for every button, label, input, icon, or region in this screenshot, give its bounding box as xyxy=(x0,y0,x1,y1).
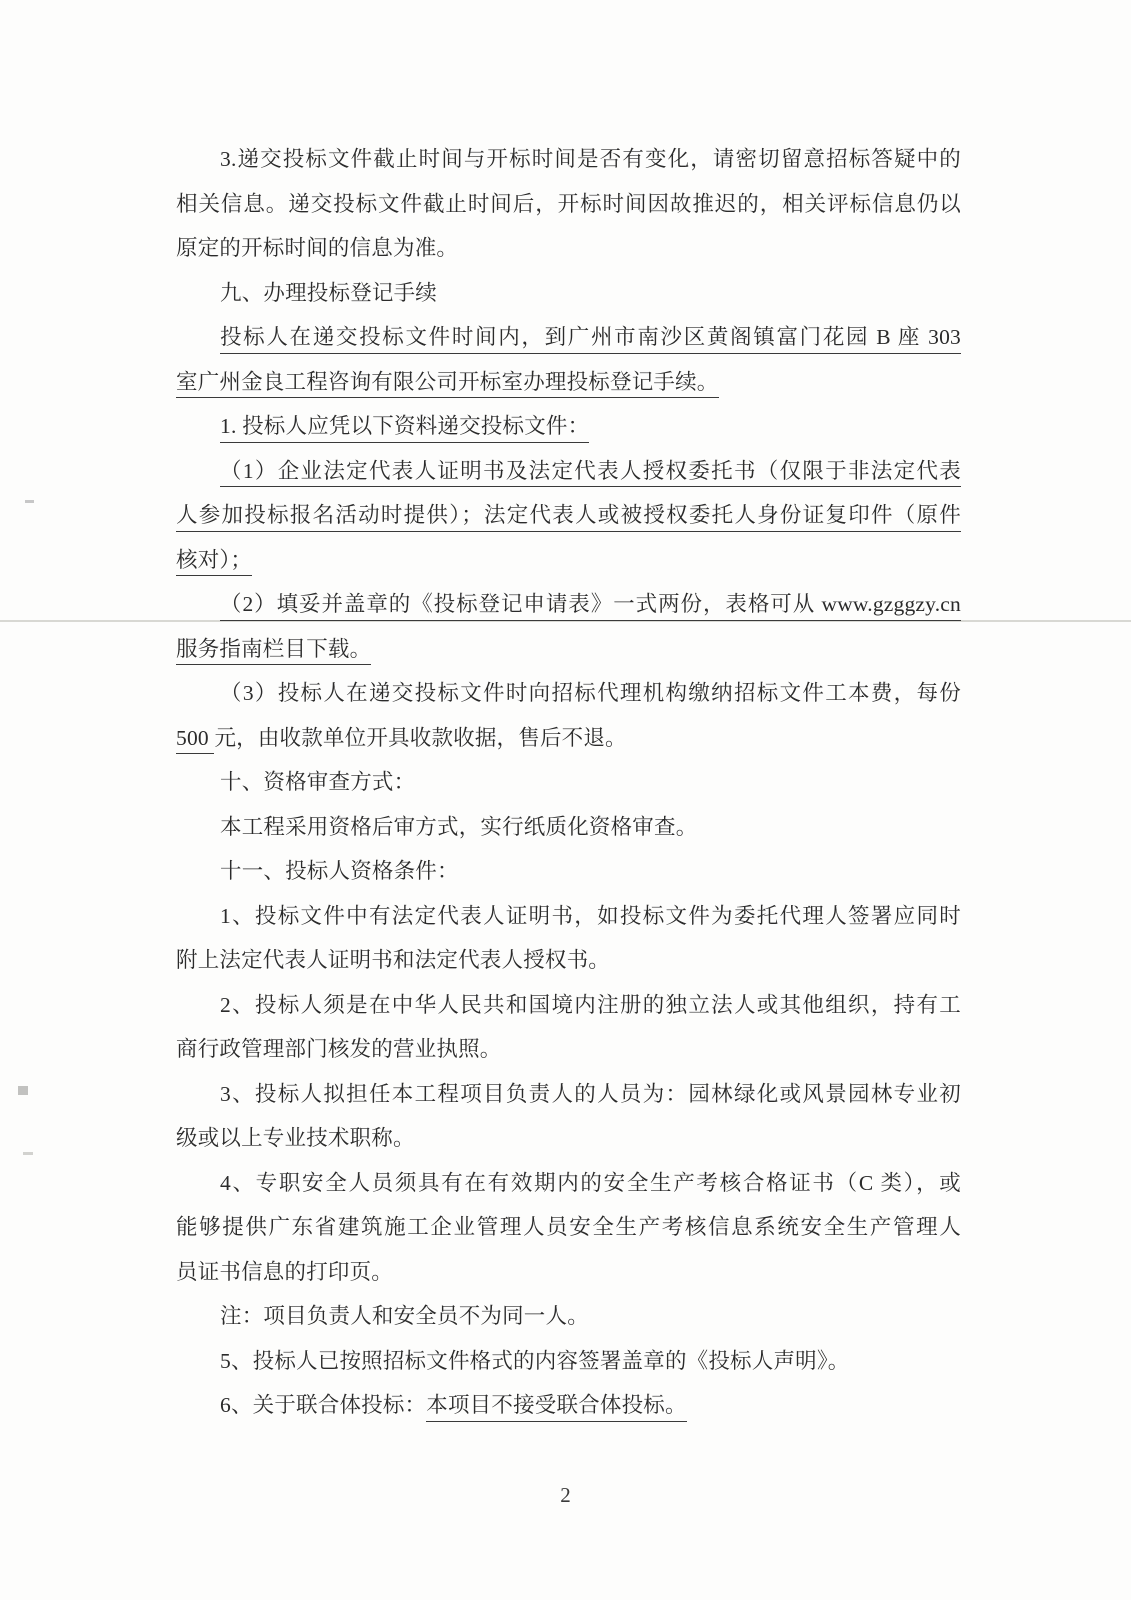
text-line: （1）企业法定代表人证明书及法定代表人授权委托书（仅限于非法定代表 xyxy=(220,460,961,483)
text-segment: 相关信息。递交投标文件截止时间后，开标时间因故推迟的，相关评标信息仍以 xyxy=(176,192,961,216)
text-segment: 级或以上专业技术职称。 xyxy=(176,1126,415,1150)
text-line: 服务指南栏目下载。 xyxy=(176,638,961,661)
scan-artifact-mark xyxy=(18,1086,28,1095)
underlined-text-segment: 服务指南栏目下载。 xyxy=(176,637,371,666)
text-segment: 商行政管理部门核发的营业执照。 xyxy=(176,1037,502,1061)
underlined-text-segment: 投标人在递交投标文件时间内，到广州市南沙区黄阁镇富门花园 B 座 303 xyxy=(220,325,961,354)
text-line: 附上法定代表人证明书和法定代表人授权书。 xyxy=(176,949,961,972)
text-segment: 5、投标人已按照招标文件格式的内容签署盖章的《投标人声明》。 xyxy=(220,1349,850,1373)
text-line: 室广州金良工程咨询有限公司开标室办理投标登记手续。 xyxy=(176,371,961,394)
text-segment: （3）投标人在递交投标文件时向招标代理机构缴纳招标文件工本费，每份 xyxy=(220,681,961,705)
text-segment: 员证书信息的打印页。 xyxy=(176,1260,393,1284)
text-line: 商行政管理部门核发的营业执照。 xyxy=(176,1038,961,1061)
text-line: 500 元，由收款单位开具收款收据，售后不退。 xyxy=(176,727,961,750)
underlined-text-segment: （1）企业法定代表人证明书及法定代表人授权委托书（仅限于非法定代表 xyxy=(220,459,961,488)
scanned-document-page: 3.递交投标文件截止时间与开标时间是否有变化，请密切留意招标答疑中的相关信息。递… xyxy=(0,0,1131,1600)
text-segment: 十一、投标人资格条件： xyxy=(220,859,459,883)
text-line: 员证书信息的打印页。 xyxy=(176,1261,961,1284)
underlined-text-segment: 1. 投标人应凭以下资料递交投标文件： xyxy=(220,414,589,443)
text-segment: 能够提供广东省建筑施工企业管理人员安全生产考核信息系统安全生产管理人 xyxy=(176,1215,961,1239)
text-segment: 附上法定代表人证明书和法定代表人授权书。 xyxy=(176,948,610,972)
underlined-text-segment: 人参加投标报名活动时提供）；法定代表人或被授权委托人身份证复印件（原件 xyxy=(176,503,961,532)
text-segment: 元，由收款单位开具收款收据，售后不退。 xyxy=(214,726,626,750)
text-line: 能够提供广东省建筑施工企业管理人员安全生产考核信息系统安全生产管理人 xyxy=(176,1216,961,1239)
text-line: 2、投标人须是在中华人民共和国境内注册的独立法人或其他组织，持有工 xyxy=(220,994,961,1017)
text-segment: 十、资格审查方式： xyxy=(220,770,415,794)
underlined-text-segment: 室广州金良工程咨询有限公司开标室办理投标登记手续。 xyxy=(176,370,719,399)
underlined-text-segment: （2）填妥并盖章的《投标登记申请表》一式两份，表格可从 www.gzggzy.c… xyxy=(220,592,961,621)
text-segment: 3、投标人拟担任本工程项目负责人的人员为：园林绿化或风景园林专业初 xyxy=(220,1082,961,1106)
text-segment: 本工程采用资格后审方式，实行纸质化资格审查。 xyxy=(220,815,697,839)
underlined-text-segment: 500 xyxy=(176,726,214,755)
text-segment: 九、办理投标登记手续 xyxy=(220,281,437,305)
text-line: 5、投标人已按照招标文件格式的内容签署盖章的《投标人声明》。 xyxy=(220,1350,961,1373)
text-segment: 原定的开标时间的信息为准。 xyxy=(176,236,458,260)
text-line: 十一、投标人资格条件： xyxy=(220,860,961,883)
text-line: 1、投标文件中有法定代表人证明书，如投标文件为委托代理人签署应同时 xyxy=(220,905,961,928)
text-line: 1. 投标人应凭以下资料递交投标文件： xyxy=(220,415,961,438)
underlined-text-segment: 本项目不接受联合体投标。 xyxy=(426,1393,686,1422)
text-line: 3.递交投标文件截止时间与开标时间是否有变化，请密切留意招标答疑中的 xyxy=(220,148,961,171)
text-line: 级或以上专业技术职称。 xyxy=(176,1127,961,1150)
text-line: 十、资格审查方式： xyxy=(220,771,961,794)
text-line: 核对）； xyxy=(176,549,961,572)
text-segment: 3.递交投标文件截止时间与开标时间是否有变化，请密切留意招标答疑中的 xyxy=(220,147,961,171)
text-line: 6、关于联合体投标：本项目不接受联合体投标。 xyxy=(220,1394,961,1417)
text-line: 4、专职安全人员须具有在有效期内的安全生产考核合格证书（C 类），或 xyxy=(220,1172,961,1195)
text-line: 相关信息。递交投标文件截止时间后，开标时间因故推迟的，相关评标信息仍以 xyxy=(176,193,961,216)
underlined-text-segment: 核对）； xyxy=(176,548,252,577)
text-line: 九、办理投标登记手续 xyxy=(220,282,961,305)
text-line: 人参加投标报名活动时提供）；法定代表人或被授权委托人身份证复印件（原件 xyxy=(176,504,961,527)
text-line: （3）投标人在递交投标文件时向招标代理机构缴纳招标文件工本费，每份 xyxy=(220,682,961,705)
page-number: 2 xyxy=(0,1483,1131,1508)
text-segment: 4、专职安全人员须具有在有效期内的安全生产考核合格证书（C 类），或 xyxy=(220,1171,961,1195)
text-line: 注：项目负责人和安全员不为同一人。 xyxy=(220,1305,961,1328)
scan-artifact-mark xyxy=(25,500,34,503)
text-segment: 2、投标人须是在中华人民共和国境内注册的独立法人或其他组织，持有工 xyxy=(220,993,961,1017)
text-segment: 1、投标文件中有法定代表人证明书，如投标文件为委托代理人签署应同时 xyxy=(220,904,961,928)
text-segment: 6、关于联合体投标： xyxy=(220,1393,426,1417)
text-line: 投标人在递交投标文件时间内，到广州市南沙区黄阁镇富门花园 B 座 303 xyxy=(220,326,961,349)
text-line: 3、投标人拟担任本工程项目负责人的人员为：园林绿化或风景园林专业初 xyxy=(220,1083,961,1106)
text-segment: 注：项目负责人和安全员不为同一人。 xyxy=(220,1304,589,1328)
text-line: 本工程采用资格后审方式，实行纸质化资格审查。 xyxy=(220,816,961,839)
scan-artifact-mark xyxy=(23,1152,33,1155)
text-line: 原定的开标时间的信息为准。 xyxy=(176,237,961,260)
text-line: （2）填妥并盖章的《投标登记申请表》一式两份，表格可从 www.gzggzy.c… xyxy=(220,593,961,616)
